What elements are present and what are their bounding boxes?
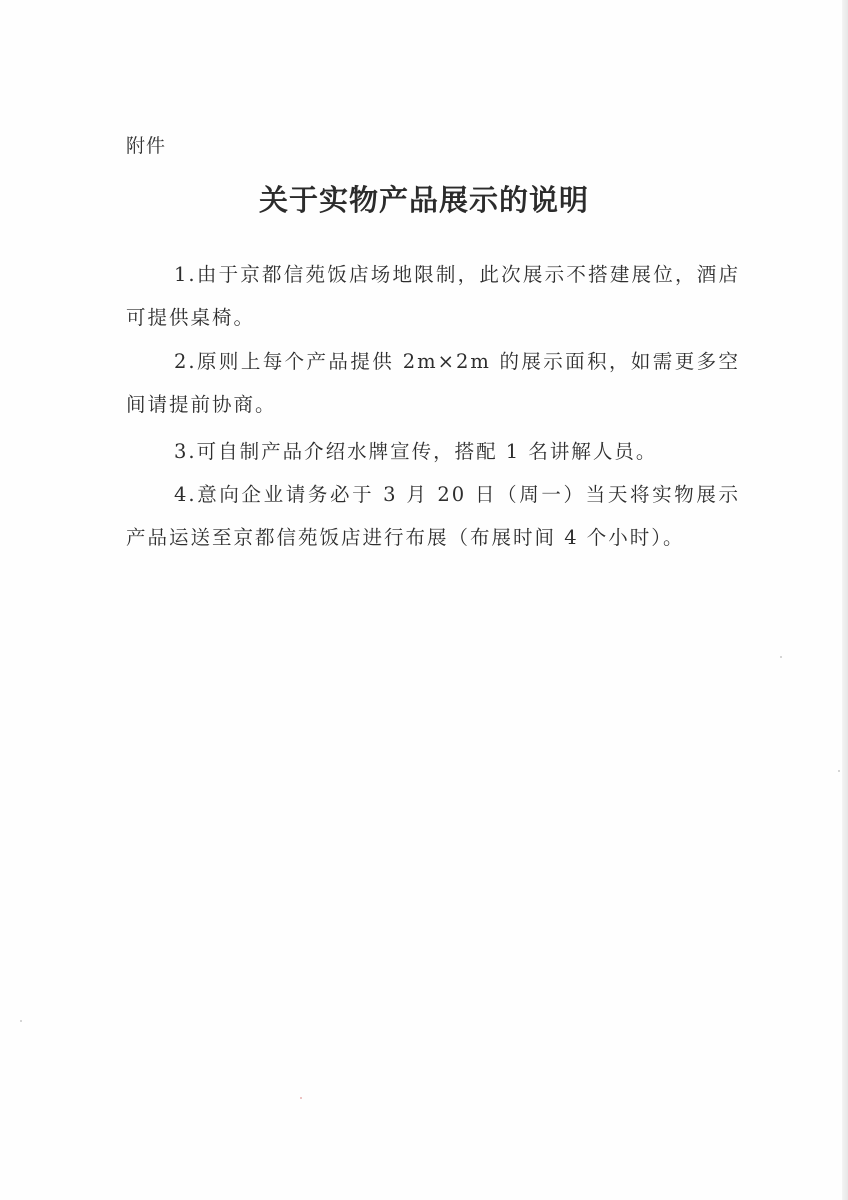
attachment-label: 附件 xyxy=(126,131,166,158)
scan-speck xyxy=(300,1097,302,1099)
paragraph-2: 2.原则上每个产品提供 2m×2m 的展示面积，如需更多空间请提前协商。 xyxy=(126,340,740,426)
scan-speck xyxy=(780,656,782,658)
paragraph-3: 3.可自制产品介绍水牌宣传，搭配 1 名讲解人员。 xyxy=(126,430,740,473)
scan-speck xyxy=(838,770,840,772)
paragraph-4: 4.意向企业请务必于 3 月 20 日（周一）当天将实物展示产品运送至京都信苑饭… xyxy=(126,473,740,559)
scan-speck xyxy=(20,1020,22,1022)
document-title: 关于实物产品展示的说明 xyxy=(0,178,848,219)
scanned-page: 附件 关于实物产品展示的说明 1.由于京都信苑饭店场地限制，此次展示不搭建展位，… xyxy=(0,0,848,1200)
paragraph-1: 1.由于京都信苑饭店场地限制，此次展示不搭建展位，酒店可提供桌椅。 xyxy=(126,253,740,339)
